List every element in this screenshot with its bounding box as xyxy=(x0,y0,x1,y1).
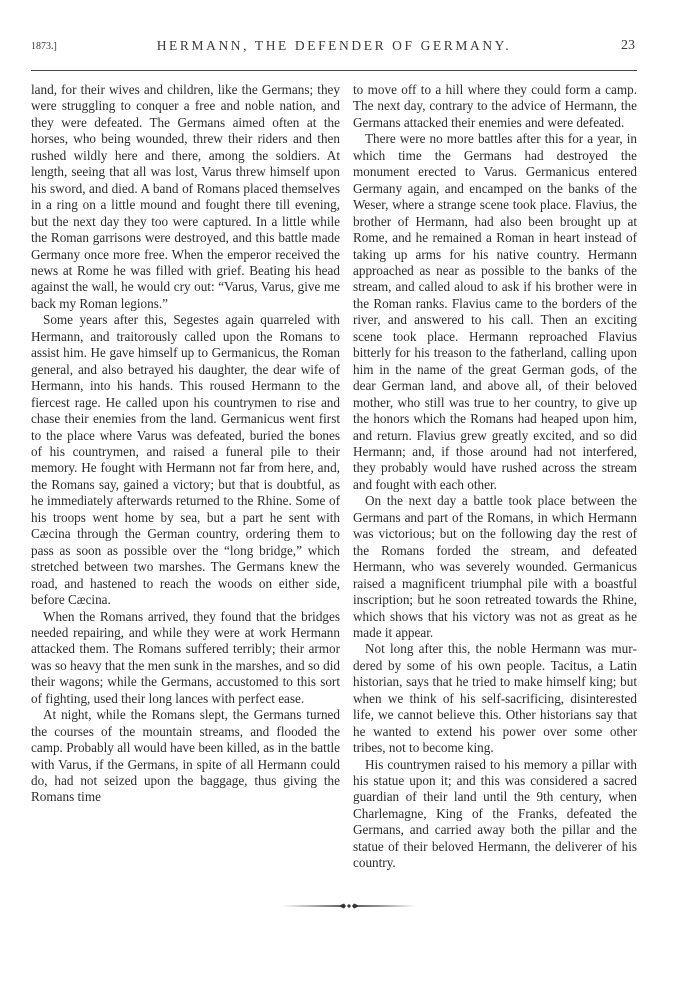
left-column: land, for their wives and children, like… xyxy=(31,82,340,806)
page-number: 23 xyxy=(621,38,635,54)
paragraph: Not long after this, the noble Hermann w… xyxy=(353,641,637,756)
paragraph: His countrymen raised to his memory a pi… xyxy=(353,757,637,872)
paragraph: to move off to a hill where they could f… xyxy=(353,82,637,131)
running-head: 1873.] HERMANN, THE DEFENDER OF GERMANY.… xyxy=(31,38,637,58)
right-column: to move off to a hill where they could f… xyxy=(353,82,637,872)
header-rule-divider xyxy=(31,70,637,71)
paragraph: On the next day a battle took place betw… xyxy=(353,493,637,641)
paragraph: There were no more battles after this fo… xyxy=(353,131,637,493)
paragraph: Some years after this, Segestes again qu… xyxy=(31,312,340,608)
ornament-divider-icon xyxy=(282,899,416,911)
paragraph: At night, while the Romans slept, the Ge… xyxy=(31,707,340,806)
paragraph: When the Romans arrived, they found that… xyxy=(31,609,340,708)
running-head-title: HERMANN, THE DEFENDER OF GERMANY. xyxy=(31,38,637,54)
paragraph: land, for their wives and children, like… xyxy=(31,82,340,312)
